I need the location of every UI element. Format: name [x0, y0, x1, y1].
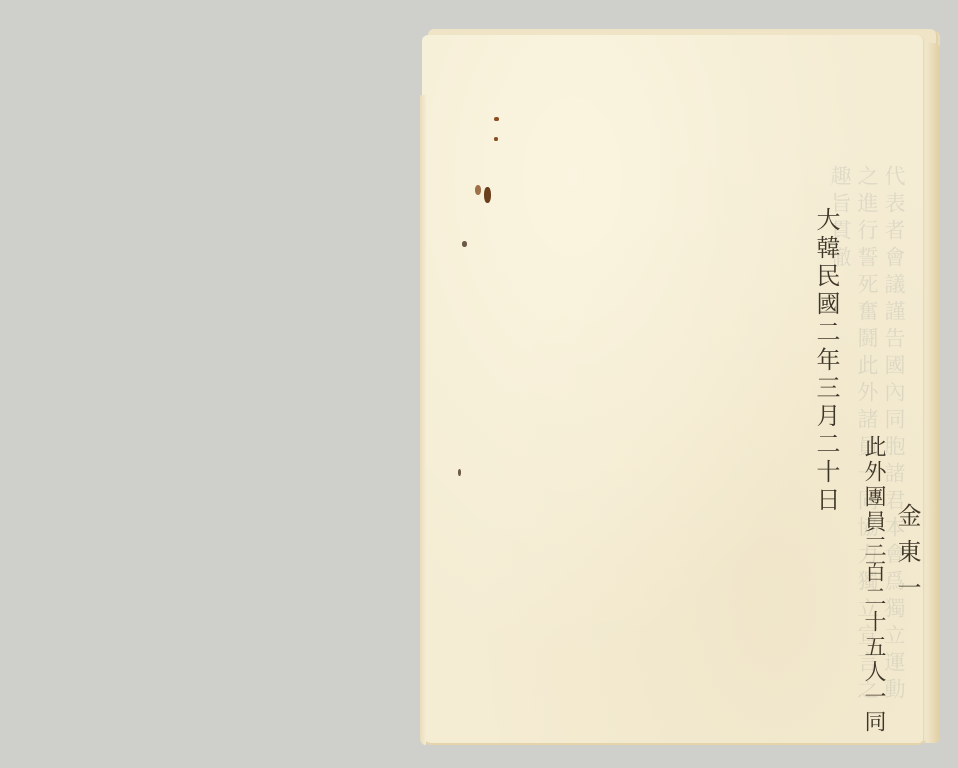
page-edge-left: [420, 95, 426, 745]
stain-mark: [494, 137, 498, 141]
stain-mark: [458, 469, 461, 476]
page-edge-right: [926, 43, 940, 743]
document-page-stack: 代表者會議謹告國內同胞諸君本會爲獨立運動之進行誓死奮鬪此外諸員一同協力獨立宣言之…: [422, 33, 938, 749]
signatory-name: 金東一: [890, 503, 925, 611]
bleed-through-text: 代表者會議謹告國內同胞諸君本會爲獨立運動之進行誓死奮鬪此外諸員一同協力獨立宣言之…: [517, 165, 907, 705]
stain-mark: [475, 185, 481, 195]
document-page: 代表者會議謹告國內同胞諸君本會爲獨立運動之進行誓死奮鬪此外諸員一同協力獨立宣言之…: [422, 35, 924, 745]
date-line: 大韓民國二年三月二十日: [809, 207, 844, 515]
members-line: 此外團員三百二十五人一同: [858, 435, 889, 735]
stain-mark: [494, 117, 499, 121]
stain-mark: [484, 187, 491, 203]
stain-mark: [462, 241, 467, 247]
